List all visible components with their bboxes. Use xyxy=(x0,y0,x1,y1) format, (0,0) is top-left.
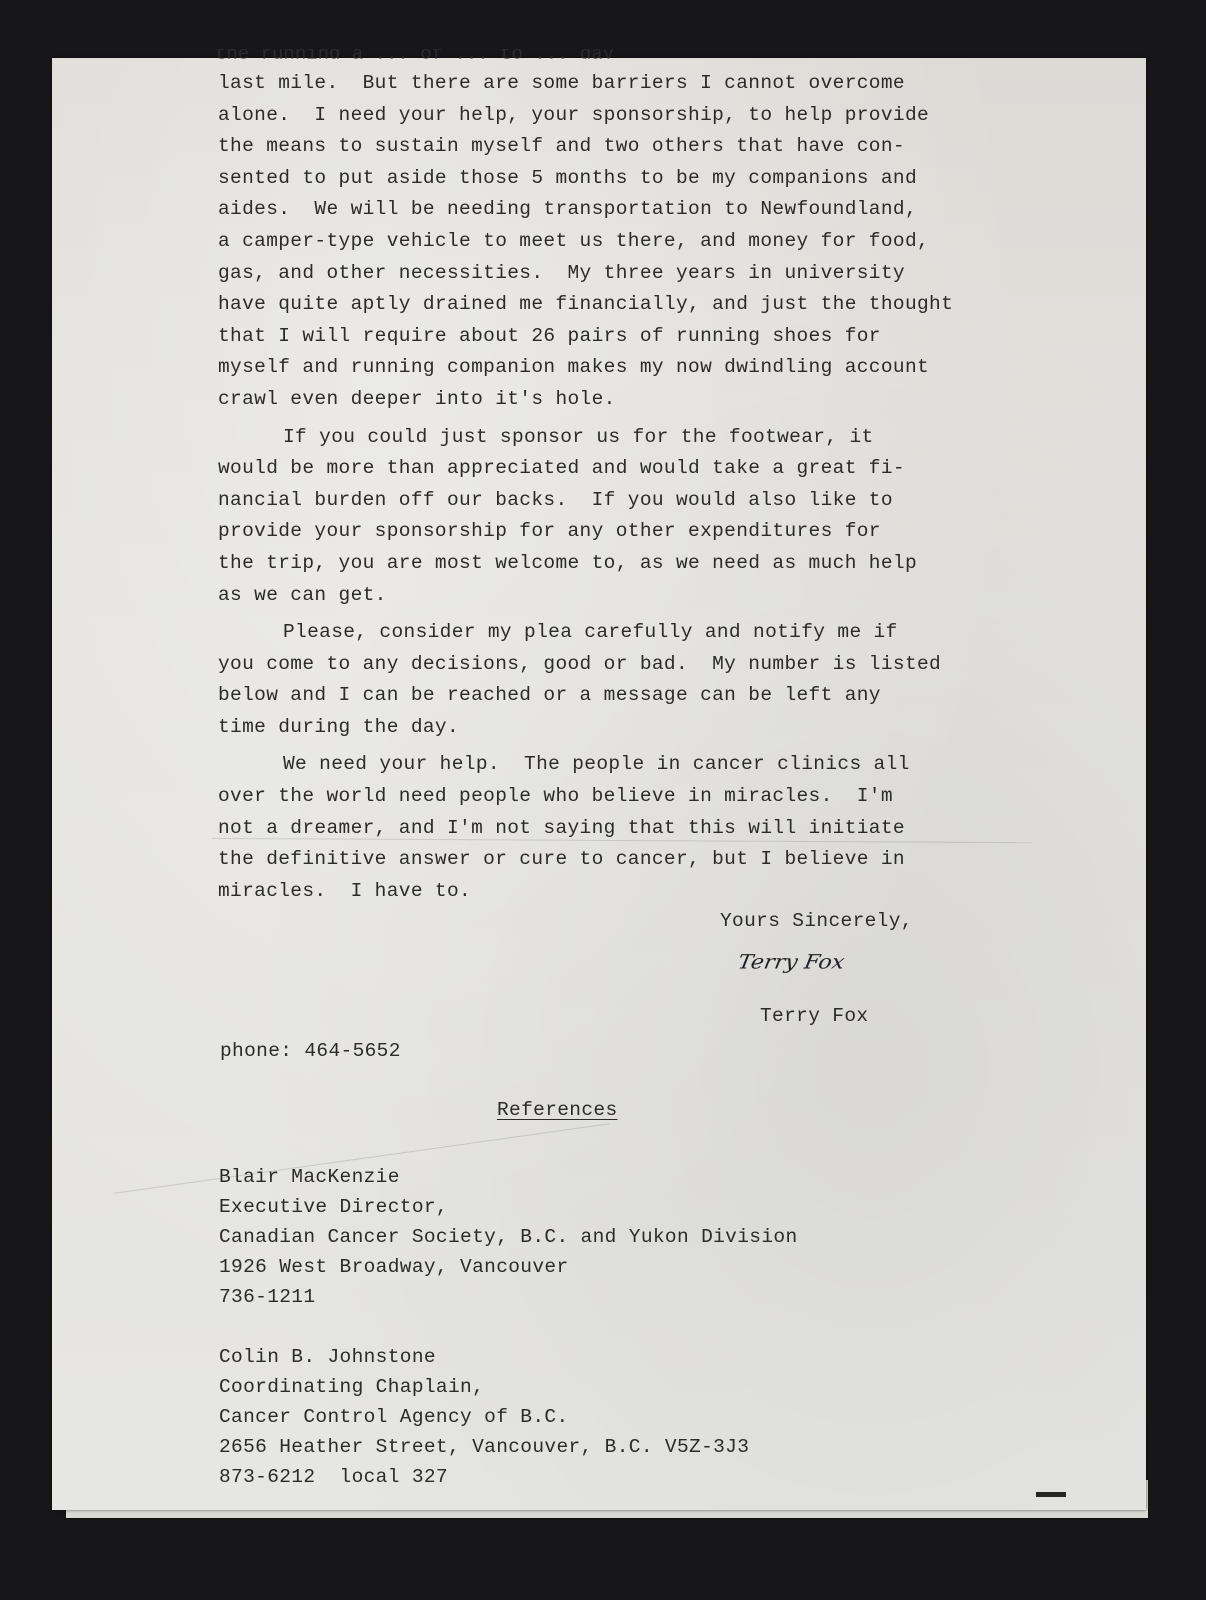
text-line: aides. We will be needing transportation… xyxy=(218,194,953,226)
text-line: the trip, you are most welcome to, as we… xyxy=(218,548,953,580)
reference-detail: Canadian Cancer Society, B.C. and Yukon … xyxy=(219,1222,798,1252)
text-line: myself and running companion makes my no… xyxy=(218,352,953,384)
text-line: a camper-type vehicle to meet us there, … xyxy=(218,226,953,258)
reference-name: Blair MacKenzie xyxy=(219,1162,798,1192)
text-line: If you could just sponsor us for the foo… xyxy=(218,422,953,454)
text-line: as we can get. xyxy=(218,580,953,612)
text-line: provide your sponsorship for any other e… xyxy=(218,516,953,548)
reference-entry: Colin B. JohnstoneCoordinating Chaplain,… xyxy=(219,1342,749,1492)
text-line: you come to any decisions, good or bad. … xyxy=(218,649,953,681)
cut-off-top-line: the running a ... of ... to ... day xyxy=(215,49,995,59)
letter-body: last mile. But there are some barriers I… xyxy=(218,68,953,913)
text-line: nancial burden off our backs. If you wou… xyxy=(218,485,953,517)
reference-detail: 1926 West Broadway, Vancouver xyxy=(219,1252,798,1282)
text-line: below and I can be reached or a message … xyxy=(218,680,953,712)
phone-number: phone: 464-5652 xyxy=(220,1040,401,1062)
reference-detail: 2656 Heather Street, Vancouver, B.C. V5Z… xyxy=(219,1432,749,1462)
text-line: last mile. But there are some barriers I… xyxy=(218,68,953,100)
text-line: over the world need people who believe i… xyxy=(218,781,953,813)
reference-entry: Blair MacKenzieExecutive Director,Canadi… xyxy=(219,1162,798,1312)
reference-detail: 873-6212 local 327 xyxy=(219,1462,749,1492)
letter-paragraph: We need your help. The people in cancer … xyxy=(218,749,953,907)
letter-paragraph: If you could just sponsor us for the foo… xyxy=(218,422,953,612)
text-line: miracles. I have to. xyxy=(218,876,953,908)
text-line: the means to sustain myself and two othe… xyxy=(218,131,953,163)
text-line: sented to put aside those 5 months to be… xyxy=(218,163,953,195)
closing: Yours Sincerely, xyxy=(720,910,913,932)
text-line: gas, and other necessities. My three yea… xyxy=(218,258,953,290)
text-line: Please, consider my plea carefully and n… xyxy=(218,617,953,649)
reference-detail: Coordinating Chaplain, xyxy=(219,1372,749,1402)
references-heading: References xyxy=(497,1099,618,1121)
text-line: We need your help. The people in cancer … xyxy=(218,749,953,781)
handwritten-signature: Terry Fox xyxy=(736,951,846,974)
reference-detail: 736-1211 xyxy=(219,1282,798,1312)
letter-paragraph: Please, consider my plea carefully and n… xyxy=(218,617,953,743)
letter-paragraph: last mile. But there are some barriers I… xyxy=(218,68,953,416)
text-line: that I will require about 26 pairs of ru… xyxy=(218,321,953,353)
text-line: the definitive answer or cure to cancer,… xyxy=(218,844,953,876)
text-line: crawl even deeper into it's hole. xyxy=(218,384,953,416)
text-line: would be more than appreciated and would… xyxy=(218,453,953,485)
reference-detail: Cancer Control Agency of B.C. xyxy=(219,1402,749,1432)
text-line: have quite aptly drained me financially,… xyxy=(218,289,953,321)
reference-detail: Executive Director, xyxy=(219,1192,798,1222)
text-line: alone. I need your help, your sponsorshi… xyxy=(218,100,953,132)
text-line: time during the day. xyxy=(218,712,953,744)
reference-name: Colin B. Johnstone xyxy=(219,1342,749,1372)
page-mark xyxy=(1036,1492,1066,1497)
signer-name: Terry Fox xyxy=(760,1005,868,1027)
text-line: not a dreamer, and I'm not saying that t… xyxy=(218,813,953,845)
